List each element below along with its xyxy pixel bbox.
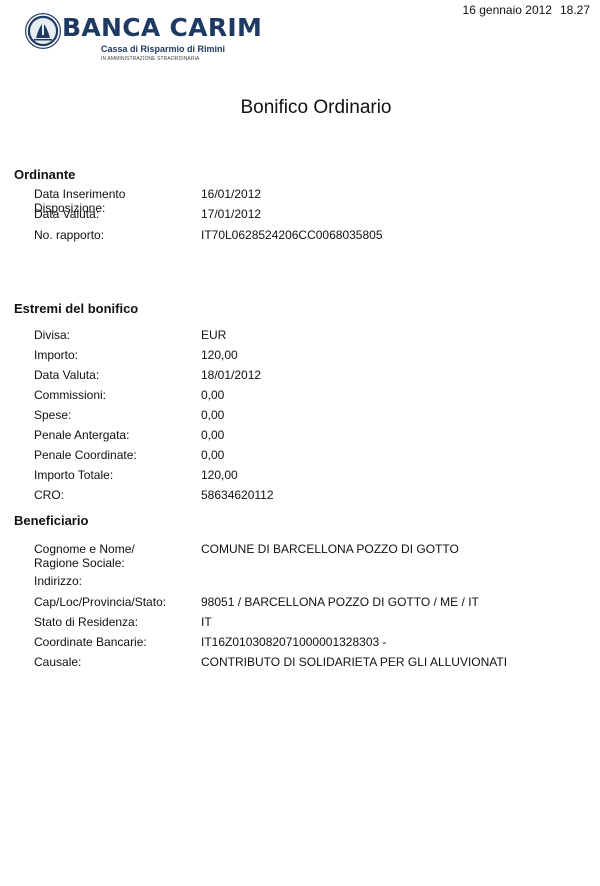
document-header: BANCA CARIM Cassa di Risparmio di Rimini… xyxy=(0,0,600,70)
section-heading-estremi: Estremi del bonifico xyxy=(14,301,138,316)
row-label: Indirizzo: xyxy=(34,574,199,588)
row-value: 98051 / BARCELLONA POZZO DI GOTTO / ME /… xyxy=(201,595,479,609)
document-title: Bonifico Ordinario xyxy=(0,97,600,119)
row-label: Importo Totale: xyxy=(34,468,199,482)
row-value: 0,00 xyxy=(201,388,224,402)
print-time: 18.27 xyxy=(560,3,590,17)
row-label: Data Valuta: xyxy=(34,207,199,221)
row-value: 18/01/2012 xyxy=(201,368,261,382)
row-value: IT xyxy=(201,615,212,629)
row-label: Penale Coordinate: xyxy=(34,448,199,462)
row-value: 120,00 xyxy=(201,348,238,362)
row-value: 16/01/2012 xyxy=(201,187,261,201)
row-value: 120,00 xyxy=(201,468,238,482)
bank-name: BANCA CARIM xyxy=(62,13,262,43)
row-value: 17/01/2012 xyxy=(201,207,261,221)
section-heading-beneficiario: Beneficiario xyxy=(14,513,88,528)
section-heading-ordinante: Ordinante xyxy=(14,167,75,182)
row-label: Cap/Loc/Provincia/Stato: xyxy=(34,595,199,609)
row-value: EUR xyxy=(201,328,226,342)
row-label: Coordinate Bancarie: xyxy=(34,635,199,649)
row-value: IT70L0628524206CC0068035805 xyxy=(201,228,383,242)
print-date: 16 gennaio 2012 xyxy=(463,3,552,17)
row-value: CONTRIBUTO DI SOLIDARIETA PER GLI ALLUVI… xyxy=(201,655,507,669)
row-value: COMUNE DI BARCELLONA POZZO DI GOTTO xyxy=(201,542,459,556)
row-label: No. rapporto: xyxy=(34,228,199,242)
row-label: Spese: xyxy=(34,408,199,422)
row-value: 0,00 xyxy=(201,428,224,442)
bank-subtitle: Cassa di Risparmio di Rimini xyxy=(101,44,225,55)
bank-emblem-icon xyxy=(25,13,61,49)
row-label: Divisa: xyxy=(34,328,199,342)
row-label: Penale Antergata: xyxy=(34,428,199,442)
row-label: Commissioni: xyxy=(34,388,199,402)
row-label: CRO: xyxy=(34,488,199,502)
row-label: Data Valuta: xyxy=(34,368,199,382)
print-timestamp: 16 gennaio 201218.27 xyxy=(463,3,590,17)
row-value: 0,00 xyxy=(201,408,224,422)
row-label: Cognome e Nome/ Ragione Sociale: xyxy=(34,542,159,570)
bank-logo: BANCA CARIM Cassa di Risparmio di Rimini… xyxy=(25,13,265,61)
row-label: Importo: xyxy=(34,348,199,362)
row-value: 58634620112 xyxy=(201,488,274,502)
row-value: IT16Z0103082071000001328303 - xyxy=(201,635,387,649)
bank-status: IN AMMINISTRAZIONE STRAORDINARIA xyxy=(101,56,200,62)
row-value: 0,00 xyxy=(201,448,224,462)
row-label: Causale: xyxy=(34,655,199,669)
row-label: Stato di Residenza: xyxy=(34,615,199,629)
